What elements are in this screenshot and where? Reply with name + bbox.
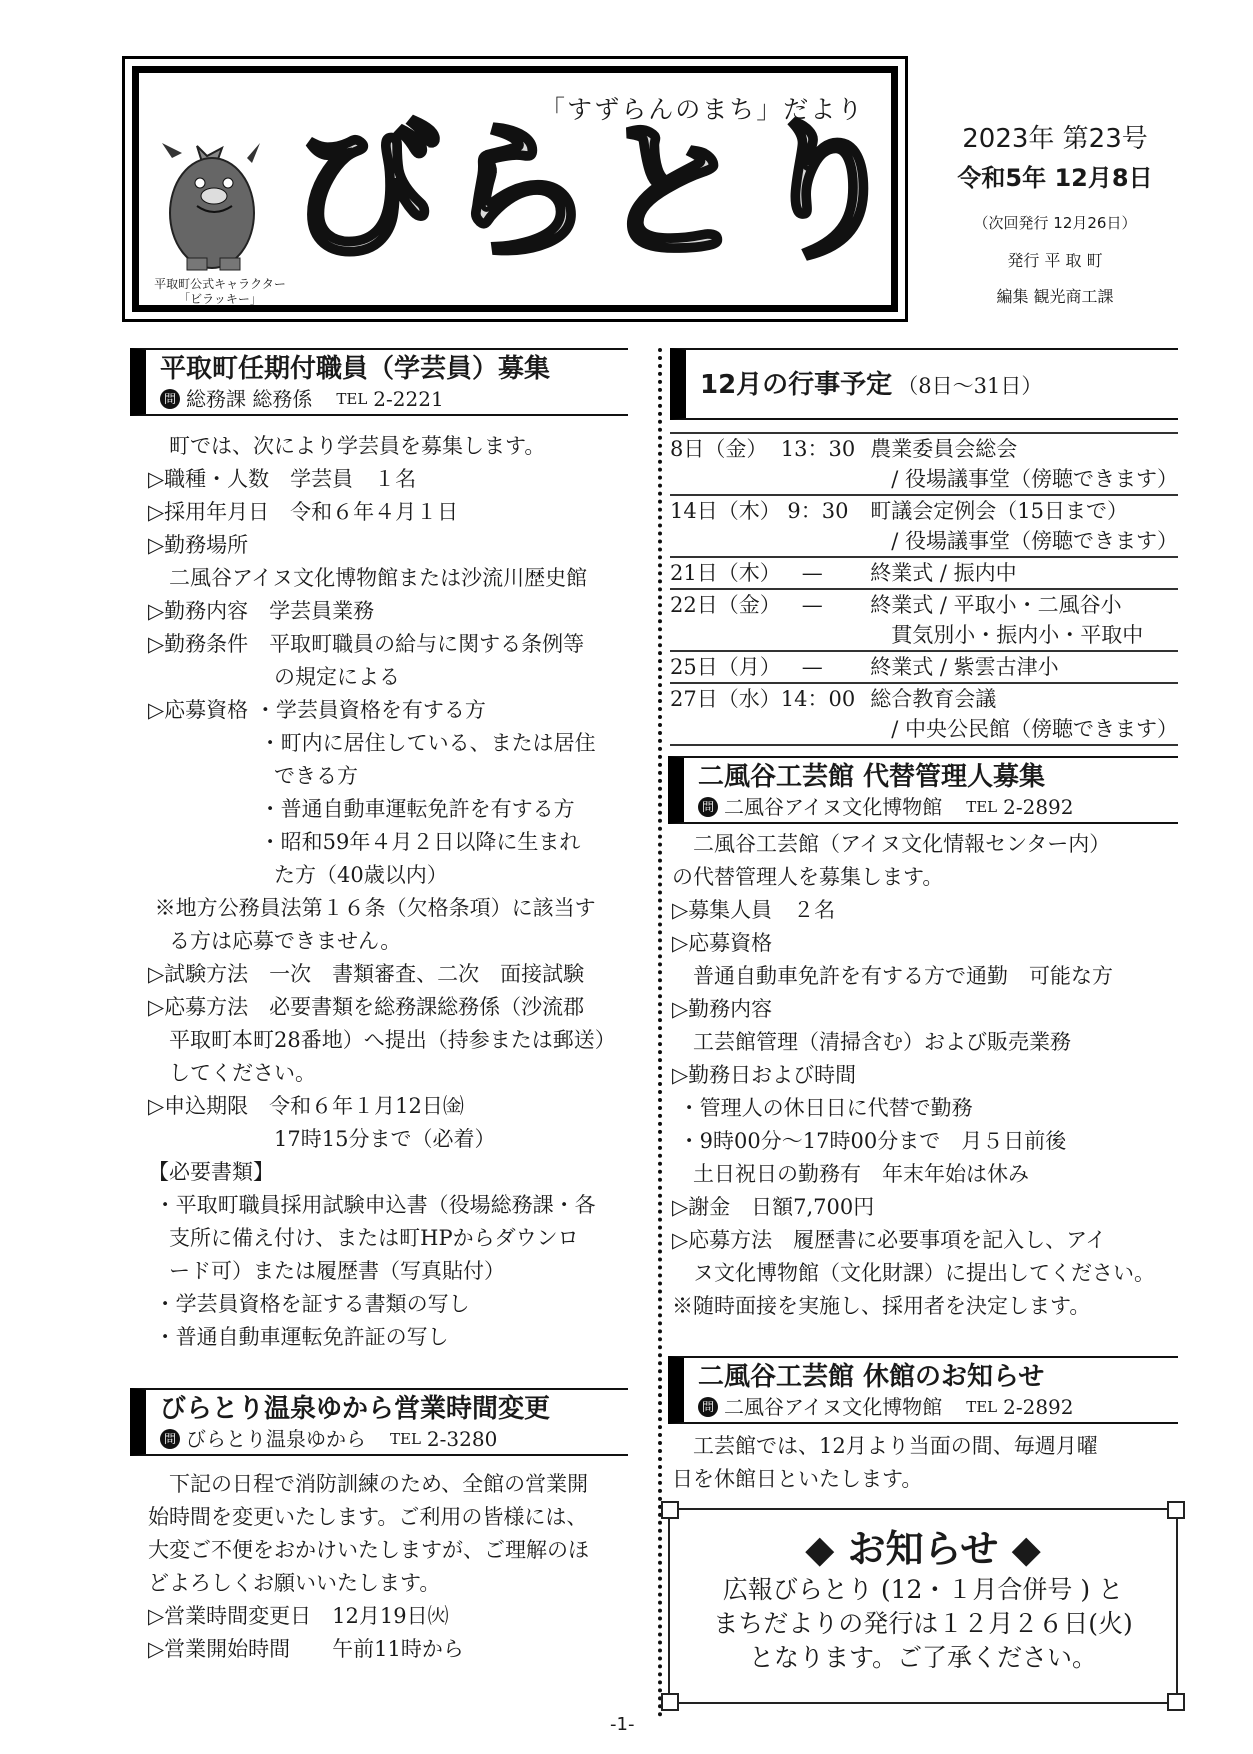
notice-body: 広報びらとり (12・１月合併号 ) とまちだよりの発行は１２月２６日(火)とな… xyxy=(670,1573,1176,1675)
table-row: 14日（木） 9：30町議会定例会（15日まで） / 役場議事堂（傍聴できます） xyxy=(670,495,1178,557)
next-issue: （次回発行 12月26日） xyxy=(930,212,1180,233)
notice-title: ◆ お知らせ ◆ xyxy=(670,1518,1176,1573)
inquiry-icon: 問 xyxy=(698,797,718,817)
tel-label: TEL xyxy=(390,1426,421,1452)
events-range: （8日～31日） xyxy=(897,374,1042,398)
tel-number: 2-3280 xyxy=(427,1426,497,1452)
mascot-character-icon xyxy=(152,138,272,273)
section-title: びらとり温泉ゆから営業時間変更 xyxy=(160,1392,628,1426)
issue-number: 2023年 第23号 xyxy=(930,118,1180,155)
editor: 編集 観光商工課 xyxy=(930,284,1180,307)
section-contact: 問 総務課 総務係 TEL 2-2221 xyxy=(160,386,628,412)
section-header-events: 12月の行事予定 （8日～31日） xyxy=(670,348,1178,420)
section-title: 二風谷工芸館 代替管理人募集 xyxy=(698,760,1178,794)
section-body-recruit: 町では、次により学芸員を募集します。▷職種・人数 学芸員 １名▷採用年月日 令和… xyxy=(148,430,616,1354)
table-row: 21日（木） —終業式 / 振内中 xyxy=(670,557,1178,589)
table-row: 25日（月） —終業式 / 紫雲古津小 xyxy=(670,651,1178,683)
events-title: 12月の行事予定 xyxy=(700,370,892,400)
section-title: 二風谷工芸館 休館のお知らせ xyxy=(698,1360,1178,1394)
tel-label: TEL xyxy=(966,1394,997,1420)
publisher: 発行 平 取 町 xyxy=(930,248,1180,271)
section-body-closure: 工芸館では、12月より当面の間、毎週月曜日を休館日といたします。 xyxy=(672,1430,1098,1496)
section-contact: 問 二風谷アイヌ文化博物館 TEL 2-2892 xyxy=(698,794,1178,820)
tel-label: TEL xyxy=(966,794,997,820)
section-contact: 問 二風谷アイヌ文化博物館 TEL 2-2892 xyxy=(698,1394,1178,1420)
inquiry-icon: 問 xyxy=(160,1429,180,1449)
section-body-onsen: 下記の日程で消防訓練のため、全館の営業開始時間を変更いたします。ご利用の皆様には… xyxy=(148,1468,589,1666)
tel-number: 2-2221 xyxy=(373,386,443,412)
section-header-closure: 二風谷工芸館 休館のお知らせ 問 二風谷アイヌ文化博物館 TEL 2-2892 xyxy=(668,1356,1178,1424)
events-table: 8日（金）13：30農業委員会総会 / 役場議事堂（傍聴できます） 14日（木）… xyxy=(670,432,1178,746)
corner-ornament-icon xyxy=(1167,1501,1185,1519)
logo-title: びらとり xyxy=(290,118,906,268)
tel-label: TEL xyxy=(336,386,367,412)
section-title: 平取町任期付職員（学芸員）募集 xyxy=(160,352,628,386)
corner-ornament-icon xyxy=(661,1501,679,1519)
corner-ornament-icon xyxy=(661,1693,679,1711)
tel-number: 2-2892 xyxy=(1003,1394,1073,1420)
inquiry-icon: 問 xyxy=(698,1397,718,1417)
tel-number: 2-2892 xyxy=(1003,794,1073,820)
table-row: 27日（水）14：00総合教育会議 / 中央公民館（傍聴できます） xyxy=(670,683,1178,745)
corner-ornament-icon xyxy=(1167,1693,1185,1711)
section-header-caretaker: 二風谷工芸館 代替管理人募集 問 二風谷アイヌ文化博物館 TEL 2-2892 xyxy=(668,756,1178,824)
table-row: 22日（金） —終業式 / 平取小・二風谷小 貫気別小・振内小・平取中 xyxy=(670,589,1178,651)
mascot-caption: 平取町公式キャラクター 「ビラッキー」 xyxy=(150,277,290,307)
section-header-recruit: 平取町任期付職員（学芸員）募集 問 総務課 総務係 TEL 2-2221 xyxy=(130,348,628,416)
page-number: -1- xyxy=(610,1714,634,1735)
issue-date: 令和5年 12月8日 xyxy=(930,158,1180,193)
inquiry-icon: 問 xyxy=(160,389,180,409)
section-body-caretaker: 二風谷工芸館（アイヌ文化情報センター内）の代替管理人を募集します。▷募集人員 ２… xyxy=(672,828,1155,1323)
table-row: 8日（金）13：30農業委員会総会 / 役場議事堂（傍聴できます） xyxy=(670,433,1178,495)
section-header-onsen: びらとり温泉ゆから営業時間変更 問 びらとり温泉ゆから TEL 2-3280 xyxy=(130,1388,628,1456)
section-contact: 問 びらとり温泉ゆから TEL 2-3280 xyxy=(160,1426,628,1452)
notice-box: ◆ お知らせ ◆ 広報びらとり (12・１月合併号 ) とまちだよりの発行は１２… xyxy=(668,1508,1178,1704)
